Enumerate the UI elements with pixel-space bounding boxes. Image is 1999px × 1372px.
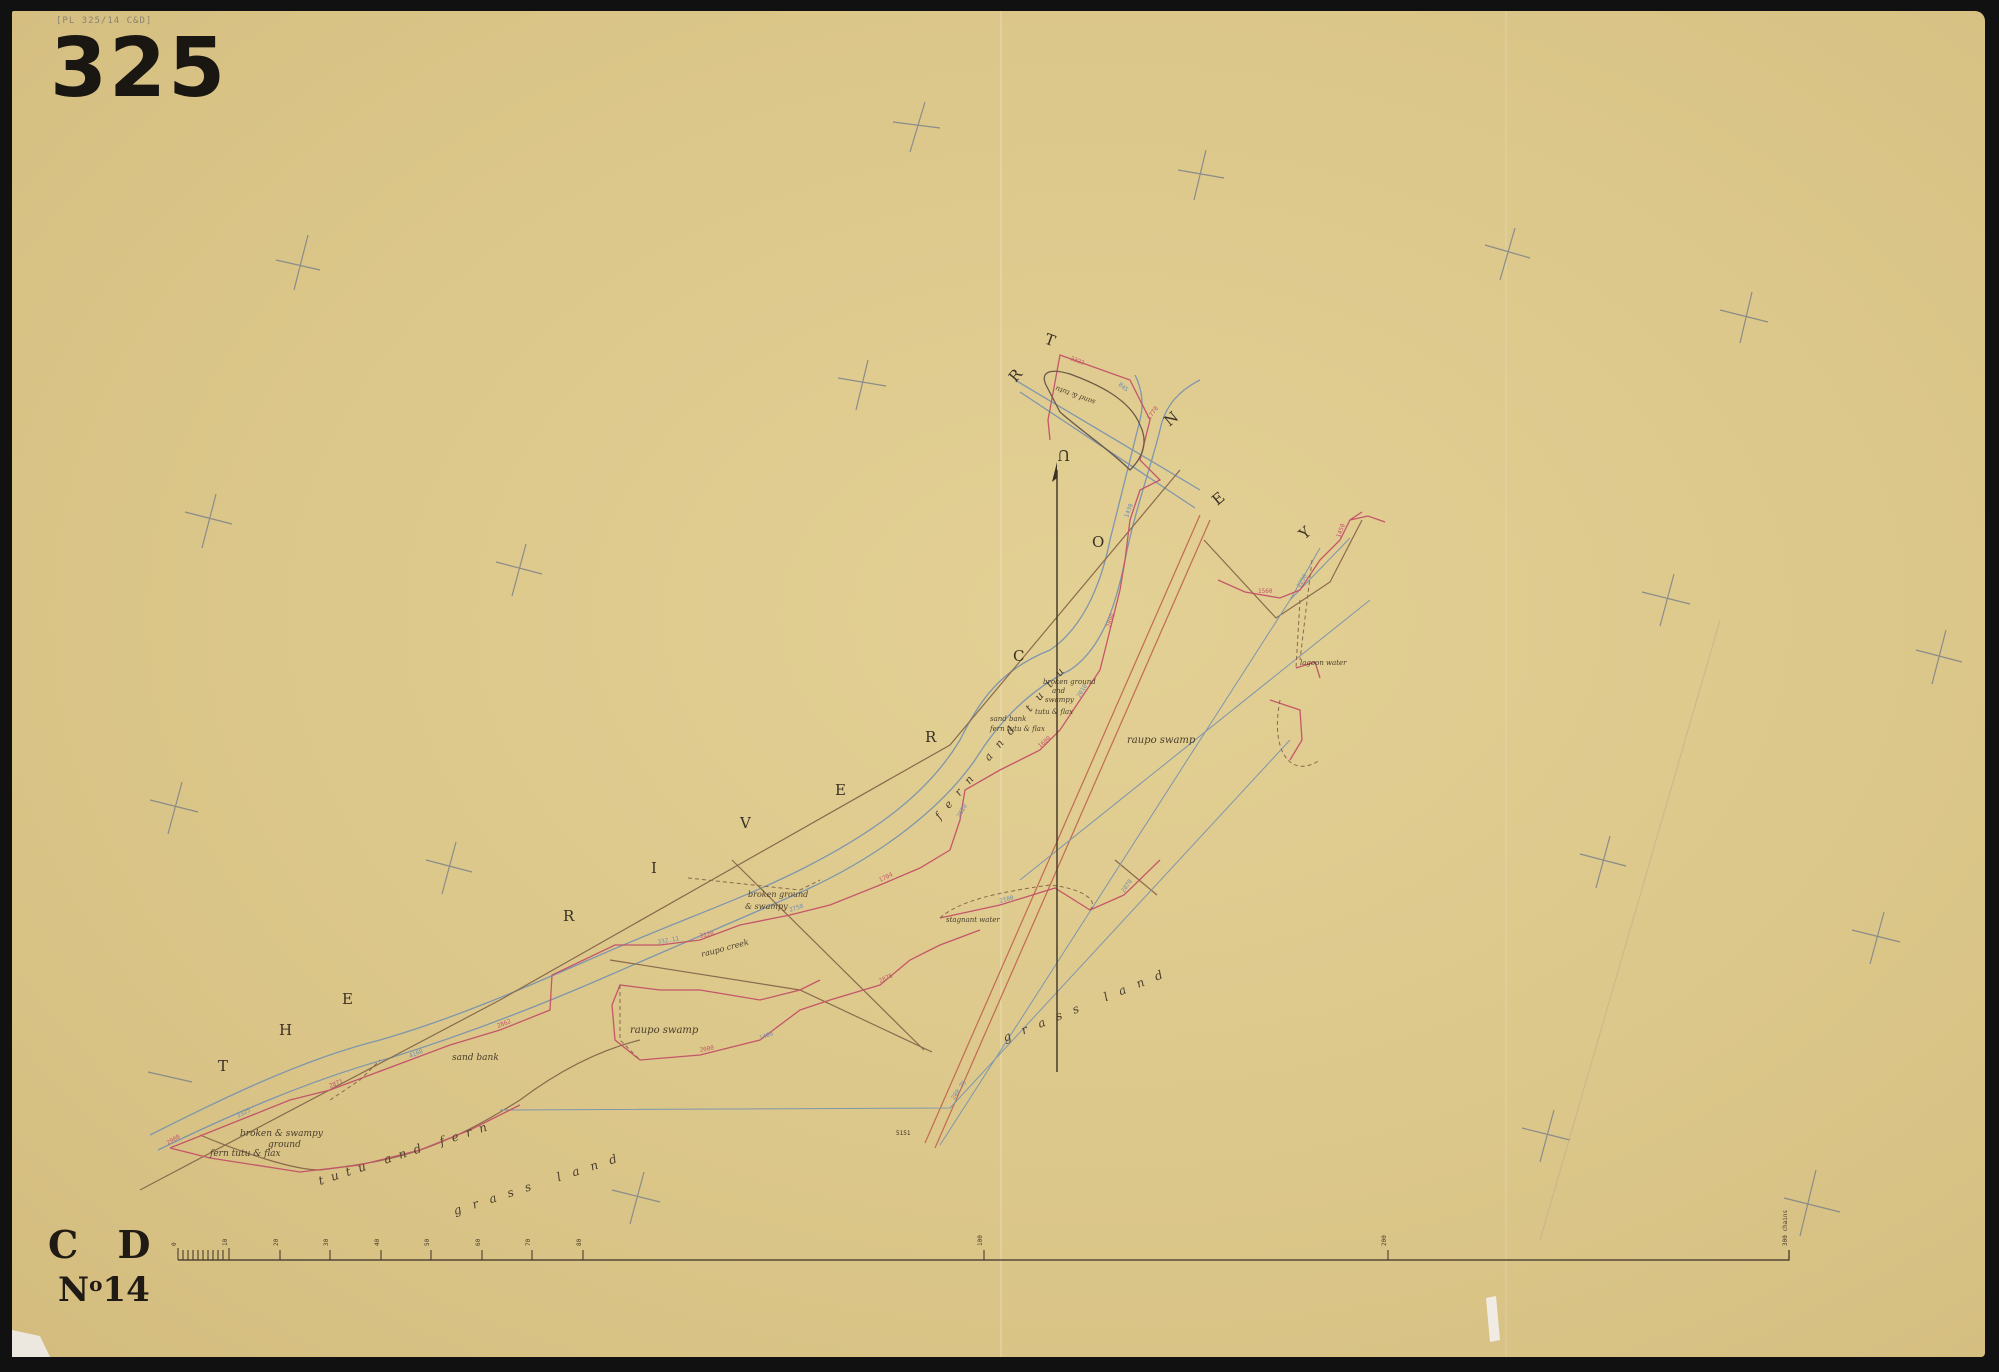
scale-tick-label: 40 xyxy=(374,1238,381,1246)
label-fern-tutu-flax: fern tutu & flax xyxy=(209,1149,281,1159)
dashed-boundaries xyxy=(330,560,1320,1100)
svg-text:2000: 2000 xyxy=(699,1044,715,1053)
river-letter: C xyxy=(1013,647,1024,665)
label-tutu-and-fern: tutu and fern xyxy=(317,1118,497,1188)
scale-tick-label: 20 xyxy=(273,1238,280,1246)
river-letter: H xyxy=(279,1021,292,1039)
paper-tear xyxy=(12,1330,50,1357)
svg-text:3120: 3120 xyxy=(699,930,715,940)
label-tutu-flax: tutu & flax xyxy=(1035,708,1073,716)
label-raupo-swamp: raupo swamp xyxy=(630,1025,699,1036)
river-letter: E xyxy=(835,781,846,799)
river-letter: U xyxy=(1057,446,1070,464)
scale-tick-label: 0 xyxy=(171,1242,178,1246)
survey-lines-blue xyxy=(500,538,1370,1145)
paper-tear xyxy=(1486,1296,1500,1342)
label-broken-ground: broken ground xyxy=(748,890,808,899)
scale-tick-label: 60 xyxy=(475,1238,482,1246)
river-letter: N xyxy=(1160,408,1182,430)
area-labels: broken & swampy ground fern tutu & flax … xyxy=(209,384,1347,1218)
label-broken-swampy: broken & swampy xyxy=(240,1129,324,1139)
scale-tick-label: 100 xyxy=(977,1235,984,1246)
scale-tick-label: 200 xyxy=(1381,1235,1388,1246)
plan-number: No14 xyxy=(58,1270,150,1310)
svg-text:2250: 2250 xyxy=(1296,573,1309,589)
scale-tick-label: 30 xyxy=(323,1238,330,1246)
river-letter: T xyxy=(1042,330,1058,350)
label-and-swampy: & swampy xyxy=(745,902,788,911)
plan-superscript: o xyxy=(89,1272,102,1296)
svg-text:2070: 2070 xyxy=(1120,878,1134,894)
river-letter: E xyxy=(342,990,353,1008)
label-sand-bank: sand bank xyxy=(452,1053,499,1063)
plan-number-value: 14 xyxy=(102,1270,149,1310)
scale-tick-label: 10 xyxy=(222,1238,229,1246)
river-letter: R xyxy=(925,728,937,746)
river-letter: V xyxy=(739,814,752,832)
label-island: sand & tutu xyxy=(1054,384,1097,406)
scale-end-label: 300 chains xyxy=(1782,1209,1789,1246)
svg-text:1600: 1600 xyxy=(1037,735,1053,750)
road-reserve-lines xyxy=(925,515,1210,1148)
survey-map: 2900 3325 2871 4160 2862 332.11 3120 275… xyxy=(0,0,1999,1372)
river-letter: I xyxy=(651,859,657,877)
river-letter: R xyxy=(563,907,575,925)
survey-traverse-red xyxy=(170,355,1385,1172)
svg-text:1560: 1560 xyxy=(1258,588,1273,595)
svg-text:1770: 1770 xyxy=(1146,405,1160,421)
river-letter: Y xyxy=(1295,522,1316,544)
scale-tick-label: 50 xyxy=(424,1238,431,1246)
district-letters: C D xyxy=(48,1222,150,1267)
river-letter: O xyxy=(1092,533,1104,551)
river-name-label: T H E R I V E R C O U R T N E Y xyxy=(218,330,1315,1075)
station-numbers: 2900 3325 2871 4160 2862 332.11 3120 275… xyxy=(166,355,1347,1146)
label-grass-land-lower: grass land xyxy=(452,1148,630,1218)
north-arrow xyxy=(1052,462,1057,1072)
river-letter: T xyxy=(218,1057,228,1075)
pencil-construction-line xyxy=(1540,620,1720,1240)
label-stagnant-water: stagnant water xyxy=(946,916,1000,924)
svg-text:2890: 2890 xyxy=(1105,612,1117,628)
label-grass-land-right: grass land xyxy=(1001,963,1176,1045)
svg-text:2875: 2875 xyxy=(878,972,894,985)
svg-text:1480: 1480 xyxy=(758,1030,774,1042)
plan-prefix: N xyxy=(58,1270,89,1310)
river-letter: E xyxy=(1208,488,1228,509)
label-lagoon-water: lagoon water xyxy=(1300,659,1347,667)
label-raupo-swamp-center: raupo swamp xyxy=(1127,735,1196,746)
scale-tick-label: 70 xyxy=(525,1238,532,1246)
scale-tick-label: 80 xyxy=(576,1238,583,1246)
svg-text:2620: 2620 xyxy=(956,803,969,819)
boundary-lines xyxy=(140,470,1362,1190)
label-swampy: swampy xyxy=(1045,696,1075,704)
svg-text:845: 845 xyxy=(1117,381,1130,394)
svg-text:5151: 5151 xyxy=(896,1130,911,1137)
label-raupo-creek: raupo creek xyxy=(700,938,750,959)
svg-text:2322: 2322 xyxy=(1069,355,1085,367)
river-letter: R xyxy=(1005,365,1027,386)
sheet-number: 325 xyxy=(50,28,227,110)
